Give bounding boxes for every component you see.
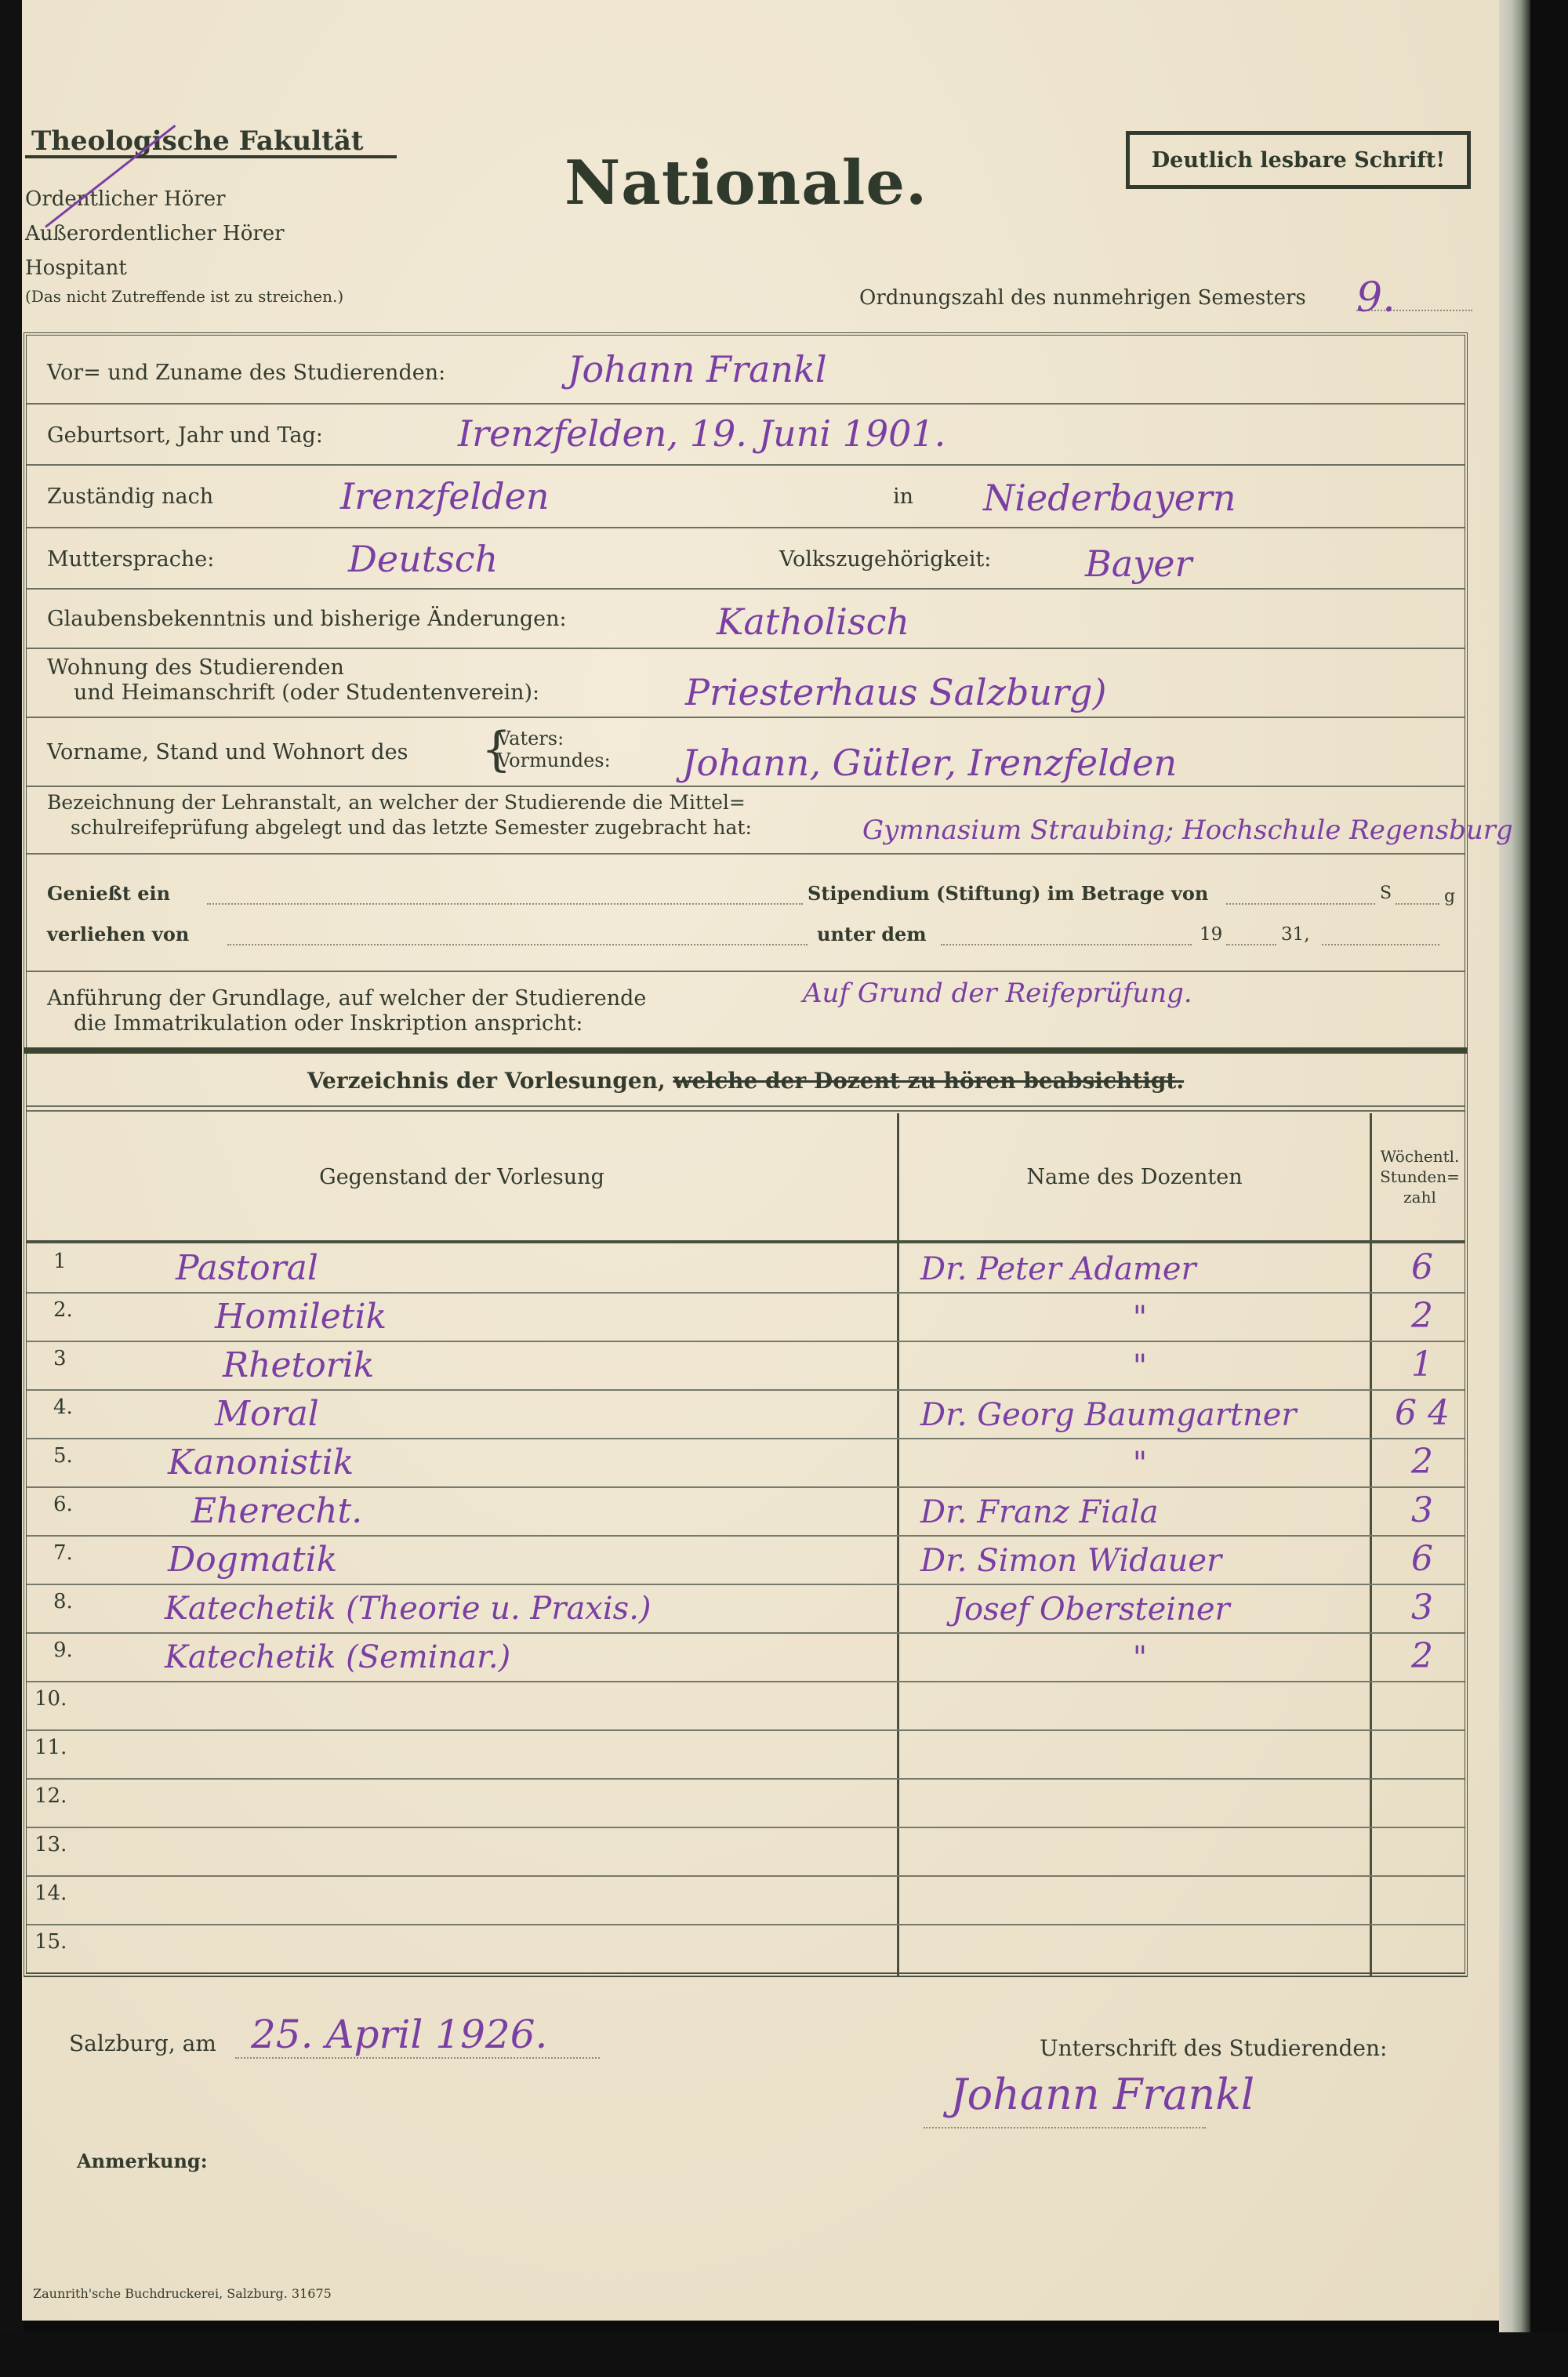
row-divider	[27, 588, 1465, 590]
residence-label-1: Wohnung des Studierenden	[47, 655, 344, 680]
birth-label: Geburtsort, Jahr und Tag:	[47, 423, 323, 448]
table-row: 9. Katechetik (Seminar.) " 2	[27, 1634, 1465, 1682]
faculty-underline	[25, 155, 397, 158]
status-note: (Das nicht Zutreffende ist zu streichen.…	[25, 285, 343, 307]
granted-extra-field[interactable]	[1322, 944, 1439, 945]
status-option-extraordinary: Außerordentlicher Hörer	[25, 216, 343, 251]
header-rule	[27, 1240, 1465, 1243]
birth-field[interactable]: Irenzfelden, 19. Juni 1901.	[458, 414, 946, 453]
residence-field[interactable]: Priesterhaus Salzburg)	[685, 673, 1106, 712]
language-label: Muttersprache:	[47, 547, 214, 572]
row-number: 7.	[53, 1541, 73, 1565]
table-row: 11.	[27, 1731, 1465, 1780]
lecturer-cell[interactable]: "	[920, 1347, 1359, 1386]
lectures-title: Verzeichnis der Vorlesungen, welche der …	[27, 1068, 1465, 1094]
lecturer-cell[interactable]: Dr. Franz Fiala	[920, 1493, 1359, 1532]
row-number: 14.	[34, 1882, 67, 1905]
row-divider	[27, 717, 1465, 718]
table-row: 12.	[27, 1780, 1465, 1828]
subject-cell[interactable]: Katechetik (Seminar.)	[165, 1637, 510, 1678]
subject-cell[interactable]: Dogmatik	[168, 1540, 337, 1580]
stipend-mid-label: Stipendium (Stiftung) im Betrage von	[808, 881, 1208, 906]
table-row: 7. Dogmatik Dr. Simon Widauer 6	[27, 1537, 1465, 1585]
lecturer-cell[interactable]: Josef Obersteiner	[952, 1590, 1391, 1629]
row-number: 1	[53, 1250, 67, 1273]
row-number: 6.	[53, 1493, 73, 1516]
subject-cell[interactable]: Pastoral	[176, 1248, 318, 1289]
granted-by-field[interactable]	[227, 944, 808, 945]
stipend-amount-field[interactable]	[1226, 903, 1375, 905]
stipend-field[interactable]	[207, 903, 803, 905]
row-number: 3	[53, 1347, 67, 1370]
residence-label-2: und Heimanschrift (oder Studentenverein)…	[74, 680, 539, 706]
school-label-1: Bezeichnung der Lehranstalt, an welcher …	[47, 790, 746, 815]
guardian-sublabel: Vormundes:	[497, 748, 611, 773]
lectures-title-struck: welche der Dozent zu hören beabsichtigt.	[673, 1068, 1185, 1094]
subject-cell[interactable]: Eherecht.	[191, 1491, 362, 1532]
personal-data-form: Vor= und Zuname des Studierenden: Johann…	[24, 332, 1468, 1054]
status-option-guest: Hospitant	[25, 251, 343, 285]
signature-label: Unterschrift des Studierenden:	[1040, 2035, 1387, 2061]
lecturer-cell[interactable]: Dr. Georg Baumgartner	[920, 1395, 1359, 1435]
school-label-2: schulreifeprüfung abgelegt und das letzt…	[71, 815, 752, 840]
semester-value[interactable]: 9.	[1356, 274, 1396, 321]
ethnicity-label: Volkszugehörigkeit:	[779, 547, 991, 572]
table-row: 14.	[27, 1877, 1465, 1925]
table-row: 15.	[27, 1925, 1465, 1972]
row-divider	[27, 971, 1465, 972]
lecturer-cell[interactable]: "	[920, 1298, 1359, 1337]
status-option-regular: Ordentlicher Hörer	[25, 182, 343, 216]
year-suffix: 31,	[1281, 922, 1310, 947]
table-row: 4. Moral Dr. Georg Baumgartner 6 4	[27, 1391, 1465, 1439]
hours-cell[interactable]: 6 4	[1371, 1392, 1473, 1435]
guardian-label: Vorname, Stand und Wohnort des	[47, 740, 408, 765]
place-label: Salzburg, am	[69, 2030, 216, 2056]
basis-label-1: Anführung der Grundlage, auf welcher der…	[47, 986, 646, 1011]
remark-label: Anmerkung:	[77, 2150, 208, 2172]
hours-cell[interactable]: 2	[1371, 1441, 1473, 1483]
hours-cell[interactable]: 6	[1371, 1538, 1473, 1580]
domicile-in-label: in	[893, 484, 913, 510]
status-options: Ordentlicher Hörer Außerordentlicher Hör…	[25, 182, 343, 307]
row-divider	[27, 786, 1465, 787]
hours-cell[interactable]: 1	[1371, 1344, 1473, 1386]
table-row: 3 Rhetorik " 1	[27, 1342, 1465, 1391]
subject-cell[interactable]: Kanonistik	[168, 1443, 354, 1483]
hours-cell[interactable]: 2	[1371, 1295, 1473, 1337]
stipend-label: Genießt ein	[47, 881, 170, 906]
col-subject-header: Gegenstand der Vorlesung	[27, 1113, 897, 1240]
background-right	[1530, 0, 1568, 2377]
faculty-heading: Theologische Fakultät	[31, 125, 364, 157]
row-divider	[27, 403, 1465, 405]
row-number: 15.	[34, 1930, 67, 1954]
row-number: 5.	[53, 1444, 73, 1468]
signature-field[interactable]: Johann Frankl	[950, 2070, 1254, 2119]
page-title: Nationale.	[564, 147, 927, 219]
name-field[interactable]: Johann Frankl	[568, 350, 827, 389]
row-number: 8.	[53, 1590, 73, 1613]
row-divider	[27, 853, 1465, 855]
subject-cell[interactable]: Homiletik	[215, 1297, 387, 1337]
region-field[interactable]: Niederbayern	[983, 478, 1236, 517]
brace-icon: {	[481, 724, 511, 775]
lectures-table: Verzeichnis der Vorlesungen, welche der …	[24, 1054, 1468, 1977]
title-double-rule	[27, 1105, 1465, 1112]
table-row: 2. Homiletik " 2	[27, 1294, 1465, 1342]
domicile-label: Zuständig nach	[47, 484, 213, 510]
col-hours-header: Wöchentl. Stunden= zahl	[1372, 1113, 1468, 1240]
granted-mid-label: unter dem	[817, 922, 927, 947]
lecturer-cell[interactable]: "	[920, 1638, 1359, 1678]
hours-cell[interactable]: 2	[1371, 1635, 1473, 1678]
row-number: 9.	[53, 1638, 73, 1662]
signature-line	[924, 2127, 1206, 2128]
school-field[interactable]: Gymnasium Straubing; Hochschule Regensbu…	[862, 815, 1513, 845]
hours-cell[interactable]: 6	[1371, 1247, 1473, 1289]
hours-cell[interactable]: 3	[1371, 1587, 1473, 1629]
row-number: 11.	[34, 1736, 67, 1759]
date-field[interactable]: 25. April 1926.	[251, 2012, 547, 2057]
table-row: 13.	[27, 1828, 1465, 1877]
row-divider	[27, 527, 1465, 528]
lecturer-cell[interactable]: "	[920, 1444, 1359, 1483]
subject-cell[interactable]: Katechetik (Theorie u. Praxis.)	[165, 1588, 652, 1629]
page-edge	[1499, 0, 1530, 2377]
granted-label: verliehen von	[47, 922, 189, 947]
domicile-field[interactable]: Irenzfelden	[340, 477, 550, 516]
table-row: 10.	[27, 1682, 1465, 1731]
subject-cell[interactable]: Moral	[215, 1394, 319, 1435]
ethnicity-field[interactable]: Bayer	[1085, 544, 1192, 583]
hours-header-line3: zahl	[1403, 1187, 1436, 1207]
lectures-title-main: Verzeichnis der Vorlesungen,	[307, 1068, 666, 1094]
row-number: 2.	[53, 1298, 73, 1322]
lecturer-cell[interactable]: Dr. Simon Widauer	[920, 1541, 1359, 1580]
col-lecturer-header: Name des Dozenten	[899, 1113, 1370, 1240]
guardian-field[interactable]: Johann, Gütler, Irenzfelden	[682, 743, 1177, 782]
subject-cell[interactable]: Rhetorik	[223, 1345, 374, 1386]
table-row: 1 Pastoral Dr. Peter Adamer 6	[27, 1245, 1465, 1294]
year-field[interactable]	[1226, 944, 1276, 945]
row-divider	[27, 648, 1465, 649]
table-row: 6. Eherecht. Dr. Franz Fiala 3	[27, 1488, 1465, 1537]
basis-label-2: die Immatrikulation oder Inskription ans…	[74, 1011, 583, 1036]
printer-imprint: Zaunrith'sche Buchdruckerei, Salzburg. 3…	[33, 2286, 332, 2301]
book-binding	[0, 0, 24, 2377]
section-divider	[24, 1047, 1468, 1054]
stipend-unit-s: S	[1380, 881, 1392, 906]
granted-date-field[interactable]	[941, 944, 1192, 945]
row-number: 10.	[34, 1687, 67, 1711]
hours-header-line2: Stunden=	[1380, 1167, 1460, 1187]
background-bottom	[0, 2332, 1568, 2377]
hours-cell[interactable]: 3	[1371, 1490, 1473, 1532]
hours-header-line1: Wöchentl.	[1381, 1146, 1460, 1167]
year-prefix: 19	[1200, 922, 1222, 947]
religion-field[interactable]: Katholisch	[717, 602, 909, 641]
row-divider	[27, 464, 1465, 466]
religion-label: Glaubensbekenntnis und bisherige Änderun…	[47, 607, 567, 632]
language-field[interactable]: Deutsch	[348, 539, 498, 579]
name-label: Vor= und Zuname des Studierenden:	[47, 361, 445, 386]
legibility-notice: Deutlich lesbare Schrift!	[1126, 131, 1471, 189]
lecturer-cell[interactable]: Dr. Peter Adamer	[920, 1250, 1359, 1289]
row-number: 4.	[53, 1395, 73, 1419]
row-number: 12.	[34, 1784, 67, 1808]
date-field-line	[235, 2057, 600, 2059]
stipend-unit-g: g	[1444, 884, 1455, 909]
stipend-amount-g-field[interactable]	[1396, 903, 1439, 905]
table-row: 8. Katechetik (Theorie u. Praxis.) Josef…	[27, 1585, 1465, 1634]
semester-label: Ordnungszahl des nunmehrigen Semesters	[859, 286, 1306, 310]
basis-field[interactable]: Auf Grund der Reifeprüfung.	[803, 978, 1192, 1008]
table-row: 5. Kanonistik " 2	[27, 1439, 1465, 1488]
row-number: 13.	[34, 1833, 67, 1856]
